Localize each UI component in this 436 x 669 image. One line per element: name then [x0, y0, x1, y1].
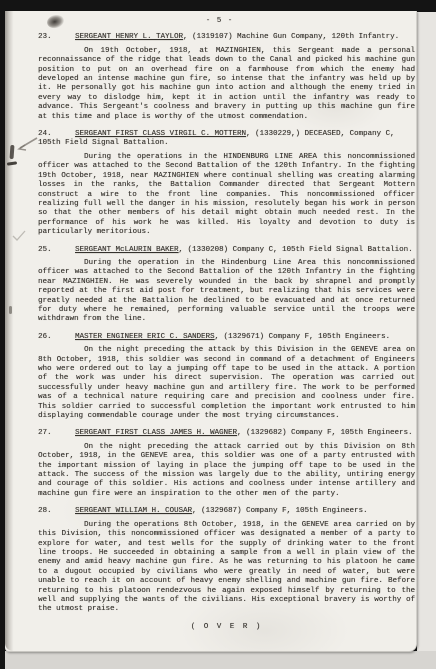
entry-number: 23. — [38, 33, 75, 42]
entry-number: 28. — [38, 507, 75, 516]
commendation-entry-25: 25.SERGEANT McLAURIN BAKER, (1330208) Co… — [38, 246, 415, 325]
entry-heading: 24.SERGEANT FIRST CLASS VIRGIL C. MOTTER… — [38, 130, 415, 149]
soldier-name: SERGEANT McLAURIN BAKER — [75, 246, 179, 254]
over-footer: ( O V E R ) — [38, 623, 415, 632]
torn-paper-edge — [5, 11, 14, 651]
entry-body: On 19th October, 1918, at MAZINGHIEN, th… — [38, 47, 415, 122]
commendation-entry-23: 23.SERGEANT HENRY L. TAYLOR, (1319107) M… — [38, 33, 415, 122]
entry-body: On the night preceding the attack carrie… — [38, 443, 415, 499]
entry-number: 25. — [38, 246, 75, 255]
pencil-check-mark — [11, 229, 27, 243]
scanner-background-right — [417, 12, 436, 669]
scanned-document-page: - 5 - 23.SERGEANT HENRY L. TAYLOR, (1319… — [5, 11, 417, 652]
commendation-entry-26: 26.MASTER ENGINEER ERIC C. SANDERS, (132… — [38, 333, 415, 422]
entry-body: On the night preceding the attack by thi… — [38, 346, 415, 421]
entry-detail: , (1329671) Company F, 105th Engineers. — [215, 333, 391, 341]
entry-number: 27. — [38, 429, 75, 438]
entry-heading: 26.MASTER ENGINEER ERIC C. SANDERS, (132… — [38, 333, 415, 342]
entry-heading: 28.SERGEANT WILLIAM H. COUSAR, (1329687)… — [38, 507, 415, 516]
entry-heading: 27.SERGEANT FIRST CLASS JAMES H. WAGNER,… — [38, 429, 415, 438]
page-number: - 5 - — [38, 17, 401, 26]
commendation-entry-28: 28.SERGEANT WILLIAM H. COUSAR, (1329687)… — [38, 507, 415, 614]
soldier-name: MASTER ENGINEER ERIC C. SANDERS — [75, 333, 215, 341]
typewritten-content: - 5 - 23.SERGEANT HENRY L. TAYLOR, (1319… — [38, 14, 415, 632]
commendation-entry-27: 27.SERGEANT FIRST CLASS JAMES H. WAGNER,… — [38, 429, 415, 499]
entry-heading: 23.SERGEANT HENRY L. TAYLOR, (1319107) M… — [38, 33, 415, 42]
entry-detail: , (1319107) Machine Gun Company, 120th I… — [183, 33, 399, 41]
soldier-name: SERGEANT WILLIAM H. COUSAR — [75, 507, 192, 515]
entry-detail: , (1330208) Company C, 105th Field Signa… — [179, 246, 413, 254]
scanner-background-bottom — [5, 651, 436, 669]
entry-detail: , (1329687) Company F, 105th Engineers. — [192, 507, 368, 515]
entry-heading: 25.SERGEANT McLAURIN BAKER, (1330208) Co… — [38, 246, 415, 255]
commendation-entry-24: 24.SERGEANT FIRST CLASS VIRGIL C. MOTTER… — [38, 130, 415, 237]
entry-body: During the operations in the HINDENBURG … — [38, 153, 415, 238]
soldier-name: SERGEANT HENRY L. TAYLOR — [75, 33, 183, 41]
soldier-name: SERGEANT FIRST CLASS VIRGIL C. MOTTERN — [75, 130, 246, 138]
pencil-arrow-mark — [14, 135, 40, 155]
entry-body: During the operation in the Hindenburg L… — [38, 259, 415, 325]
entry-number: 26. — [38, 333, 75, 342]
soldier-name: SERGEANT FIRST CLASS JAMES H. WAGNER — [75, 429, 237, 437]
entry-detail: , (1329682) Company F, 105th Engineers. — [237, 429, 413, 437]
pencil-edge-mark — [9, 306, 12, 314]
entry-body: During the operations 8th October, 1918,… — [38, 521, 415, 615]
